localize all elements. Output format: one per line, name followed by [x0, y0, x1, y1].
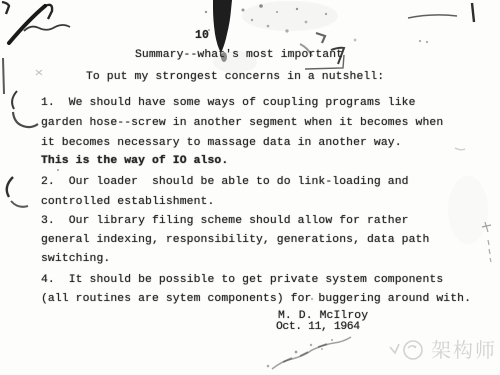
- body-line: 3. Our library filing scheme should allo…: [41, 215, 409, 227]
- pen-x-mark-icon: [36, 70, 42, 75]
- signature-date: Oct. 11, 1964: [276, 321, 360, 333]
- body-line: 4. It should be possible to get private …: [41, 274, 443, 286]
- intro-line: To put my strongest concerns in a nutshe…: [86, 71, 384, 83]
- body-line: controlled establishment.: [41, 196, 214, 208]
- right-dash-mark-icon: [408, 15, 457, 18]
- pen-corner-mark-icon: [2, 2, 9, 14]
- body-line: switching.: [41, 253, 110, 265]
- left-curve-mark-icon: [13, 112, 38, 127]
- body-line: (all routines are sytem components) for …: [41, 293, 471, 305]
- scanned-memo-page: 10 Summary--what's most important To put…: [0, 0, 500, 375]
- body-line: general indexing, responsibility, genera…: [41, 234, 429, 246]
- pen-slash-mark-icon: [9, 6, 45, 43]
- page-number: 10: [195, 29, 209, 42]
- left-paren-mark-icon: [7, 177, 13, 197]
- left-margin-line-icon: [3, 58, 4, 94]
- paper-shading: [242, 1, 338, 31]
- ink-blob-icon: [213, 0, 232, 53]
- left-curve-mark-icon: [11, 201, 28, 207]
- pen-squiggle-mark-icon: [24, 25, 70, 31]
- faint-smudge-icon: [455, 148, 465, 150]
- left-paren-mark-icon: [12, 91, 17, 109]
- watermark: 架构师: [388, 337, 497, 363]
- body-line: 2. Our loader should be able to do link-…: [41, 176, 409, 188]
- pencil-speck-cluster: [267, 339, 333, 367]
- body-line: This is the way of IO also.: [41, 155, 228, 167]
- pencil-scribble-icon: [272, 337, 351, 369]
- ink-smudge-icon: [316, 33, 325, 43]
- pen-slash-hook-icon: [45, 5, 52, 19]
- right-dots: [419, 40, 428, 43]
- watermark-logo-icon: [388, 337, 426, 363]
- body-line: garden hose--screw in another segment wh…: [41, 117, 443, 129]
- paper-shading: [448, 176, 488, 244]
- right-tick-mark-icon: [472, 3, 474, 22]
- right-dotted-line-icon: [488, 240, 491, 262]
- body-line: 1. We should have some ways of coupling …: [41, 97, 416, 109]
- pencil-scribble-icon: [283, 344, 327, 362]
- right-small-mark-icon: [482, 222, 491, 232]
- body-line: it becomes necessary to massage data in …: [41, 137, 402, 149]
- watermark-text: 架构师: [431, 340, 497, 360]
- document-title: Summary--what's most important: [135, 49, 343, 61]
